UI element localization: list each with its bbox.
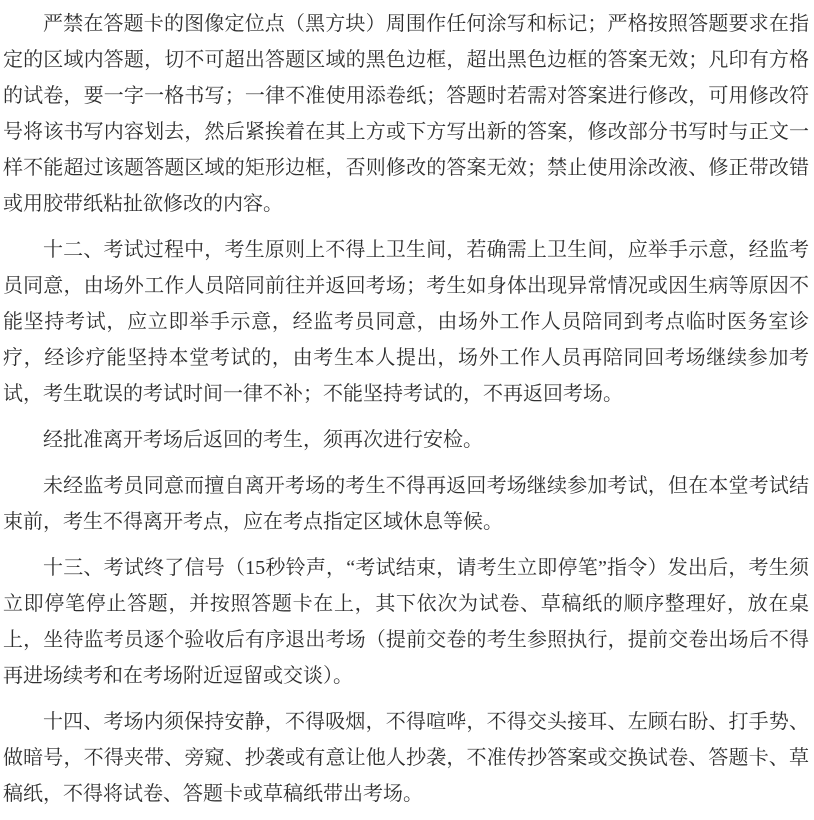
paragraph-answer-sheet-rules: 严禁在答题卡的图像定位点（黑方块）周围作任何涂写和标记；严格按照答题要求在指定的… (3, 6, 809, 222)
paragraph-unauthorized-leave: 未经监考员同意而擅自离开考场的考生不得再返回考场继续参加考试，但在本堂考试结束前… (3, 468, 809, 540)
paragraph-rule-14-conduct: 十四、考场内须保持安静，不得吸烟，不得喧哗，不得交头接耳、左顾右盼、打手势、做暗… (3, 704, 809, 812)
paragraph-rule-12-restroom: 十二、考试过程中，考生原则上不得上卫生间，若确需上卫生间，应举手示意，经监考员同… (3, 232, 809, 412)
paragraph-security-recheck: 经批准离开考场后返回的考生，须再次进行安检。 (3, 422, 809, 458)
document-page: 严禁在答题卡的图像定位点（黑方块）周围作任何涂写和标记；严格按照答题要求在指定的… (0, 0, 814, 820)
paragraph-rule-13-end-signal: 十三、考试终了信号（15秒铃声，“考试结束，请考生立即停笔”指令）发出后，考生须… (3, 550, 809, 694)
